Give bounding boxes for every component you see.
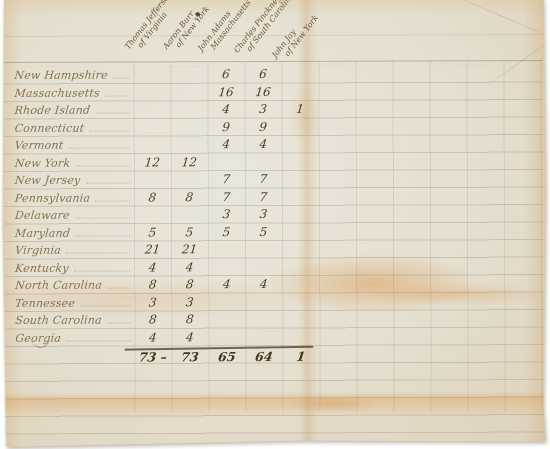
vote-cell: 16 xyxy=(207,85,245,99)
vote-cell: 8 xyxy=(134,312,172,326)
vote-cell: 7 xyxy=(244,189,282,203)
dotted-leader xyxy=(80,305,130,306)
vote-cell: 6 xyxy=(244,67,282,81)
state-name: Tennessee xyxy=(15,296,76,309)
table-row: Pennsylvania 8 8 7 7 xyxy=(2,188,546,207)
dotted-leader xyxy=(85,183,129,184)
state-name: South Carolina xyxy=(15,314,103,327)
paper-shadow: Thomas Jefferson of Virginia Aaron Burr … xyxy=(2,0,546,446)
table-row: Connecticut 9 9 xyxy=(2,118,546,137)
vote-cell: 9 xyxy=(244,119,282,133)
state-vote-table: New Hampshire 6 6 Massachusetts 16 16 Rh… xyxy=(1,65,546,347)
vote-cell: 4 xyxy=(133,260,171,274)
dotted-leader xyxy=(107,288,130,289)
state-name: Kentucky xyxy=(14,261,69,274)
dotted-leader xyxy=(95,113,129,114)
vote-cell: 4 xyxy=(170,260,208,274)
state-line: Vermont xyxy=(15,138,132,151)
vote-cell: 9 xyxy=(207,120,245,134)
table-row: Delaware 3 3 xyxy=(2,205,546,224)
vote-cell: 5 xyxy=(170,225,208,239)
vote-cell: 7 xyxy=(207,190,245,204)
state-name: Connecticut xyxy=(14,121,85,134)
vote-cell: 3 xyxy=(171,295,209,309)
vote-cell: 12 xyxy=(170,155,208,169)
total-adams: 65 xyxy=(207,349,246,364)
vote-cell: 21 xyxy=(133,242,171,256)
vote-cell: 12 xyxy=(133,155,171,169)
state-line: Delaware xyxy=(15,208,132,221)
dotted-leader xyxy=(66,340,130,341)
vote-cell: 8 xyxy=(171,277,209,291)
vote-cell: 16 xyxy=(244,84,282,98)
table-row: Virginia 21 21 xyxy=(2,240,546,259)
table-row: North Carolina 8 8 4 4 xyxy=(2,275,546,294)
dotted-leader xyxy=(113,78,130,79)
table-row: Georgia 4 4 xyxy=(2,328,546,347)
vote-cell: 4 xyxy=(207,137,245,151)
vote-cell: 4 xyxy=(208,277,246,291)
vote-cell: 4 xyxy=(134,330,172,344)
vote-cell: 8 xyxy=(134,277,172,291)
state-name: Rhode Island xyxy=(14,104,91,117)
vote-cell: 7 xyxy=(244,172,282,186)
dotted-leader xyxy=(75,235,130,236)
dotted-leader xyxy=(107,323,130,324)
table-row: New York 12 12 xyxy=(2,153,546,172)
state-name: Massachusetts xyxy=(14,86,101,99)
table-row: South Carolina 8 8 xyxy=(2,310,546,329)
vote-cell: 5 xyxy=(244,224,282,238)
state-line: New Hampshire xyxy=(14,68,131,81)
ruled-line-top xyxy=(4,34,542,37)
vote-cell: 3 xyxy=(244,207,282,221)
state-name: North Carolina xyxy=(15,279,103,292)
table-row: New Hampshire 6 6 xyxy=(1,65,545,84)
vote-cell: 3 xyxy=(244,102,282,116)
state-name: Virginia xyxy=(14,244,61,257)
state-line: Tennessee xyxy=(15,296,132,309)
totals-row: 73 – 73 65 64 1 xyxy=(2,348,546,366)
state-line: Massachusetts xyxy=(15,86,132,99)
dotted-leader xyxy=(105,95,130,96)
dotted-leader xyxy=(89,130,129,131)
table-row: New Jersey 7 7 xyxy=(2,170,546,189)
vote-cell: 4 xyxy=(207,102,245,116)
vote-cell: 4 xyxy=(245,277,283,291)
document-paper: Thomas Jefferson of Virginia Aaron Burr … xyxy=(1,0,547,447)
state-name: New York xyxy=(14,156,71,169)
dotted-leader xyxy=(74,270,130,271)
vote-cell: 6 xyxy=(207,67,245,81)
table-row: Maryland 5 5 5 5 xyxy=(2,223,546,242)
state-name: Vermont xyxy=(14,139,64,152)
vote-cell: 21 xyxy=(170,242,208,256)
state-name: Pennsylvania xyxy=(14,191,91,204)
vote-cell: 3 xyxy=(134,295,172,309)
dotted-leader xyxy=(75,165,130,166)
total-pinckney: 64 xyxy=(244,349,283,364)
dotted-leader xyxy=(68,148,129,149)
total-jay: 1 xyxy=(281,349,320,364)
table-row: Kentucky 4 4 xyxy=(2,258,546,277)
table-row: Tennessee 3 3 xyxy=(2,293,546,312)
state-line: Rhode Island xyxy=(15,103,132,116)
vote-cell: 7 xyxy=(207,172,245,186)
state-name: New Jersey xyxy=(14,174,81,187)
dotted-leader xyxy=(66,253,130,254)
state-line: Kentucky xyxy=(15,261,132,274)
dotted-leader xyxy=(75,218,130,219)
vote-cell: 8 xyxy=(171,312,209,326)
state-name: New Hampshire xyxy=(14,69,109,82)
vote-cell: 1 xyxy=(281,102,319,116)
scan-background: Thomas Jefferson of Virginia Aaron Burr … xyxy=(0,0,550,449)
dotted-leader xyxy=(95,200,130,201)
vote-cell: 3 xyxy=(207,207,245,221)
state-line: Maryland xyxy=(15,226,132,239)
state-line: Virginia xyxy=(15,243,132,256)
state-line: New York xyxy=(15,156,132,169)
vote-cell: 5 xyxy=(207,225,245,239)
state-line: New Jersey xyxy=(15,173,132,186)
vote-cell: 8 xyxy=(170,190,208,204)
vote-cell: 5 xyxy=(133,225,171,239)
state-line: South Carolina xyxy=(15,313,132,326)
vote-cell: 4 xyxy=(244,137,282,151)
state-line: Connecticut xyxy=(15,121,132,134)
vote-cell: 8 xyxy=(133,190,171,204)
total-jefferson: 73 – xyxy=(133,349,172,364)
table-row: Massachusetts 16 16 xyxy=(2,83,546,102)
state-name: Maryland xyxy=(14,226,70,239)
state-name: Delaware xyxy=(14,209,70,222)
vote-cell: 4 xyxy=(171,330,209,344)
state-line: Pennsylvania xyxy=(15,191,132,204)
state-line: North Carolina xyxy=(15,278,132,291)
table-row: Vermont 4 4 xyxy=(2,135,546,154)
total-burr: 73 xyxy=(170,349,209,364)
paper-crease xyxy=(431,0,550,49)
table-row: Rhode Island 4 3 1 xyxy=(2,100,546,119)
